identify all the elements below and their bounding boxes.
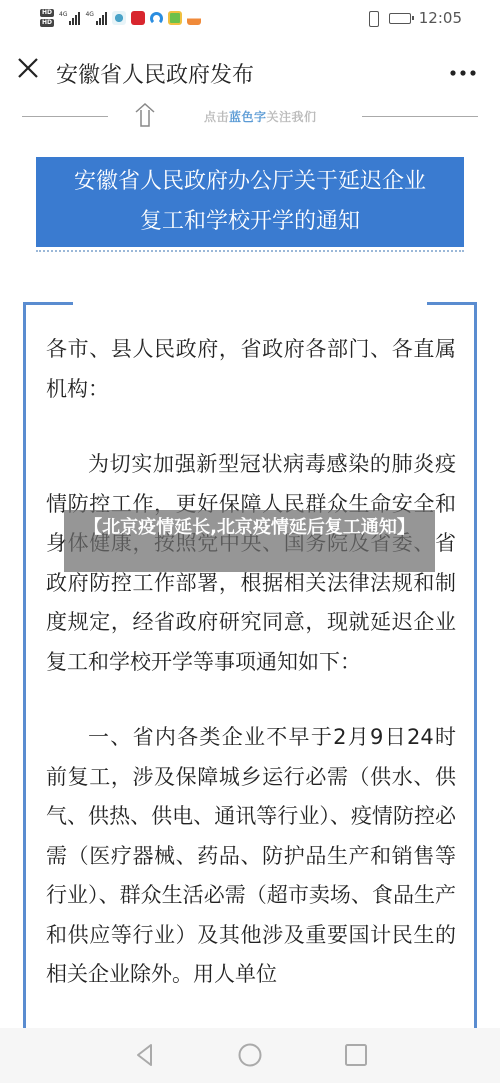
hd-badge-2: HD [40,19,54,27]
frame-corner-left [23,302,73,305]
back-icon [132,1042,158,1068]
status-bar: HD HD 4G 4G 12:05 [0,0,500,36]
red-news-app-icon [131,11,145,25]
up-arrow-icon [130,102,160,128]
close-button[interactable] [14,56,42,84]
battery-icon [389,13,411,24]
recent-apps-icon [343,1042,369,1068]
home-button[interactable] [237,1042,263,1068]
close-icon [16,56,40,80]
vibrate-icon [365,11,381,25]
follow-banner: 点击蓝色字关注我们 [0,100,500,134]
green-app-icon [168,11,182,25]
notice-body: 各市、县人民政府，省政府各部门、各直属机构： 为切实加强新型冠状病毒感染的肺炎疫… [46,330,456,995]
home-icon [237,1042,263,1068]
globe-app-icon [112,11,126,25]
follow-us-text[interactable]: 点击蓝色字关注我们 [204,108,317,125]
more-icon [450,69,476,77]
blue-c-app-icon [150,12,163,25]
more-button[interactable] [450,58,476,83]
signal-icon-1: 4G [59,11,80,25]
navigation-bar [0,1028,500,1083]
divider-right [362,116,478,117]
title-bar: 安徽省人民政府发布 [0,46,500,98]
hd-indicator: HD HD [40,9,54,27]
hd-badge-1: HD [40,9,54,17]
item-one-paragraph: 一、省内各类企业不早于2月9日24时前复工，涉及保障城乡运行必需（供水、供气、供… [46,718,456,995]
frame-corner-right [427,302,477,305]
clock: 12:05 [419,9,462,27]
notice-title-line-1: 安徽省人民政府办公厅关于延迟企业 [36,162,464,202]
notice-title-banner: 安徽省人民政府办公厅关于延迟企业 复工和学校开学的通知 [36,157,464,247]
back-button[interactable] [132,1042,158,1068]
gold-app-icon [187,11,201,25]
divider-left [22,116,108,117]
dotted-divider [36,250,464,252]
salutation: 各市、县人民政府，省政府各部门、各直属机构： [46,330,456,409]
status-system: 12:05 [365,9,462,27]
status-indicators: HD HD 4G 4G [40,9,201,27]
page-title: 安徽省人民政府发布 [56,58,254,89]
signal-icon-2: 4G [85,11,106,25]
recent-apps-button[interactable] [343,1042,369,1068]
caption-overlay: 【北京疫情延长,北京疫情延后复工通知】 [64,510,435,572]
notice-title-line-2: 复工和学校开学的通知 [36,202,464,242]
